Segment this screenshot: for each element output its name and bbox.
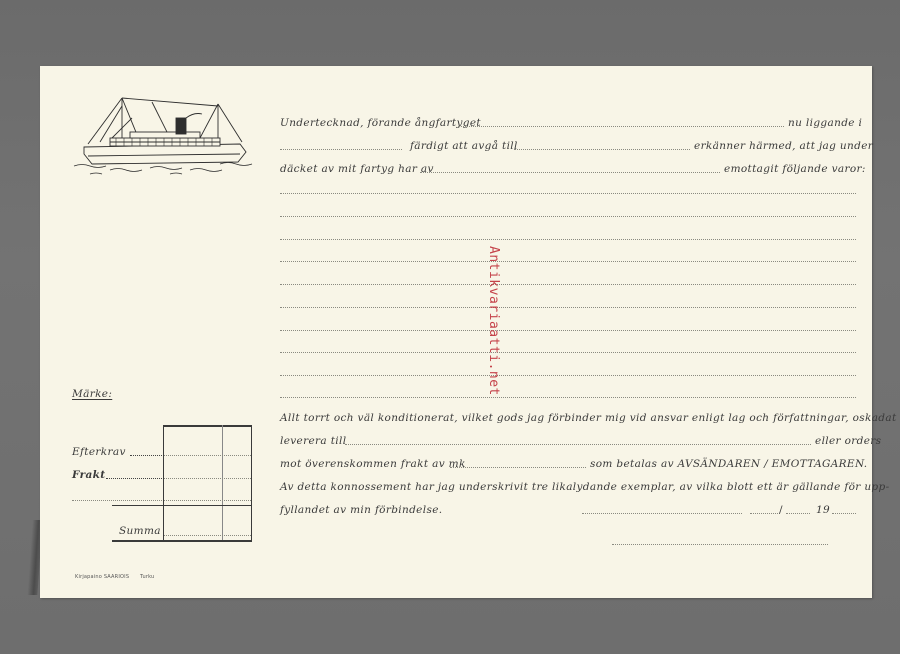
deliver-to-label: leverera till bbox=[280, 435, 346, 447]
frakt-label: Frakt bbox=[72, 469, 105, 481]
goods-line[interactable] bbox=[280, 239, 856, 240]
lying-in-label: nu liggande i bbox=[788, 117, 862, 129]
efterkrav-leader bbox=[130, 455, 162, 456]
table-top-border bbox=[163, 425, 252, 427]
freight-label: mot överenskommen frakt av mk bbox=[280, 458, 466, 470]
table-right-border bbox=[251, 425, 252, 542]
received-goods-label: emottagit följande varor: bbox=[724, 163, 866, 175]
acknowledge-label: erkänner härmed, att jag under bbox=[694, 140, 873, 152]
year-field[interactable] bbox=[832, 513, 856, 514]
table-col-divider bbox=[222, 425, 223, 542]
printer-city: Turku bbox=[140, 574, 154, 580]
watermark: Antikvariaatti.net bbox=[486, 246, 501, 396]
ready-to-depart-label: färdigt att avgå till bbox=[410, 140, 518, 152]
day-field[interactable] bbox=[750, 513, 778, 514]
year-prefix: 19 bbox=[816, 504, 830, 516]
summa-amount-field[interactable] bbox=[164, 535, 251, 536]
frakt-leader bbox=[106, 478, 162, 479]
goods-line[interactable] bbox=[280, 352, 856, 353]
terms-line-1: Allt torrt och väl konditionerat, vilket… bbox=[280, 412, 897, 424]
shipper-field[interactable] bbox=[420, 172, 720, 173]
goods-line[interactable] bbox=[280, 261, 856, 262]
goods-line[interactable] bbox=[280, 307, 856, 308]
goods-line[interactable] bbox=[280, 216, 856, 217]
efterkrav-label: Efterkrav bbox=[72, 446, 126, 458]
table-col-divider bbox=[163, 425, 164, 542]
goods-line[interactable] bbox=[280, 284, 856, 285]
consignee-field[interactable] bbox=[345, 444, 811, 445]
total-double-rule bbox=[112, 540, 252, 542]
subtotal-rule bbox=[112, 505, 252, 506]
vessel-name-field[interactable] bbox=[458, 126, 784, 127]
or-orders-label: eller orders bbox=[815, 435, 881, 447]
place-field[interactable] bbox=[582, 513, 742, 514]
goods-line[interactable] bbox=[280, 397, 856, 398]
date-separator: / bbox=[779, 504, 783, 516]
month-field[interactable] bbox=[786, 513, 810, 514]
terms-line-5: fyllandet av min förbindelse. bbox=[280, 504, 442, 516]
freight-amount-field[interactable] bbox=[450, 467, 586, 468]
signature-field[interactable] bbox=[612, 544, 828, 545]
port-field[interactable] bbox=[280, 149, 402, 150]
paid-by-label: som betalas av AVSÄNDAREN / EMOTTAGAREN. bbox=[590, 458, 868, 470]
extra-charge-field[interactable] bbox=[72, 500, 162, 501]
frakt-amount-field[interactable] bbox=[164, 478, 251, 479]
vessel-label: Undertecknad, förande ångfartyget bbox=[280, 117, 481, 129]
summa-label: Summa bbox=[119, 525, 161, 537]
shipper-label: däcket av mit fartyg har av bbox=[280, 163, 434, 175]
marke-label: Märke: bbox=[72, 388, 112, 400]
steamship-icon bbox=[70, 92, 255, 177]
printer-name: Kirjapaino SAARIOIS bbox=[75, 574, 129, 580]
extra-charge-amount-field[interactable] bbox=[164, 500, 251, 501]
terms-line-4: Av detta konnossement har jag underskriv… bbox=[280, 481, 889, 493]
goods-line[interactable] bbox=[280, 330, 856, 331]
goods-line[interactable] bbox=[280, 193, 856, 194]
goods-line[interactable] bbox=[280, 375, 856, 376]
efterkrav-amount-field[interactable] bbox=[164, 455, 251, 456]
destination-field[interactable] bbox=[514, 149, 690, 150]
